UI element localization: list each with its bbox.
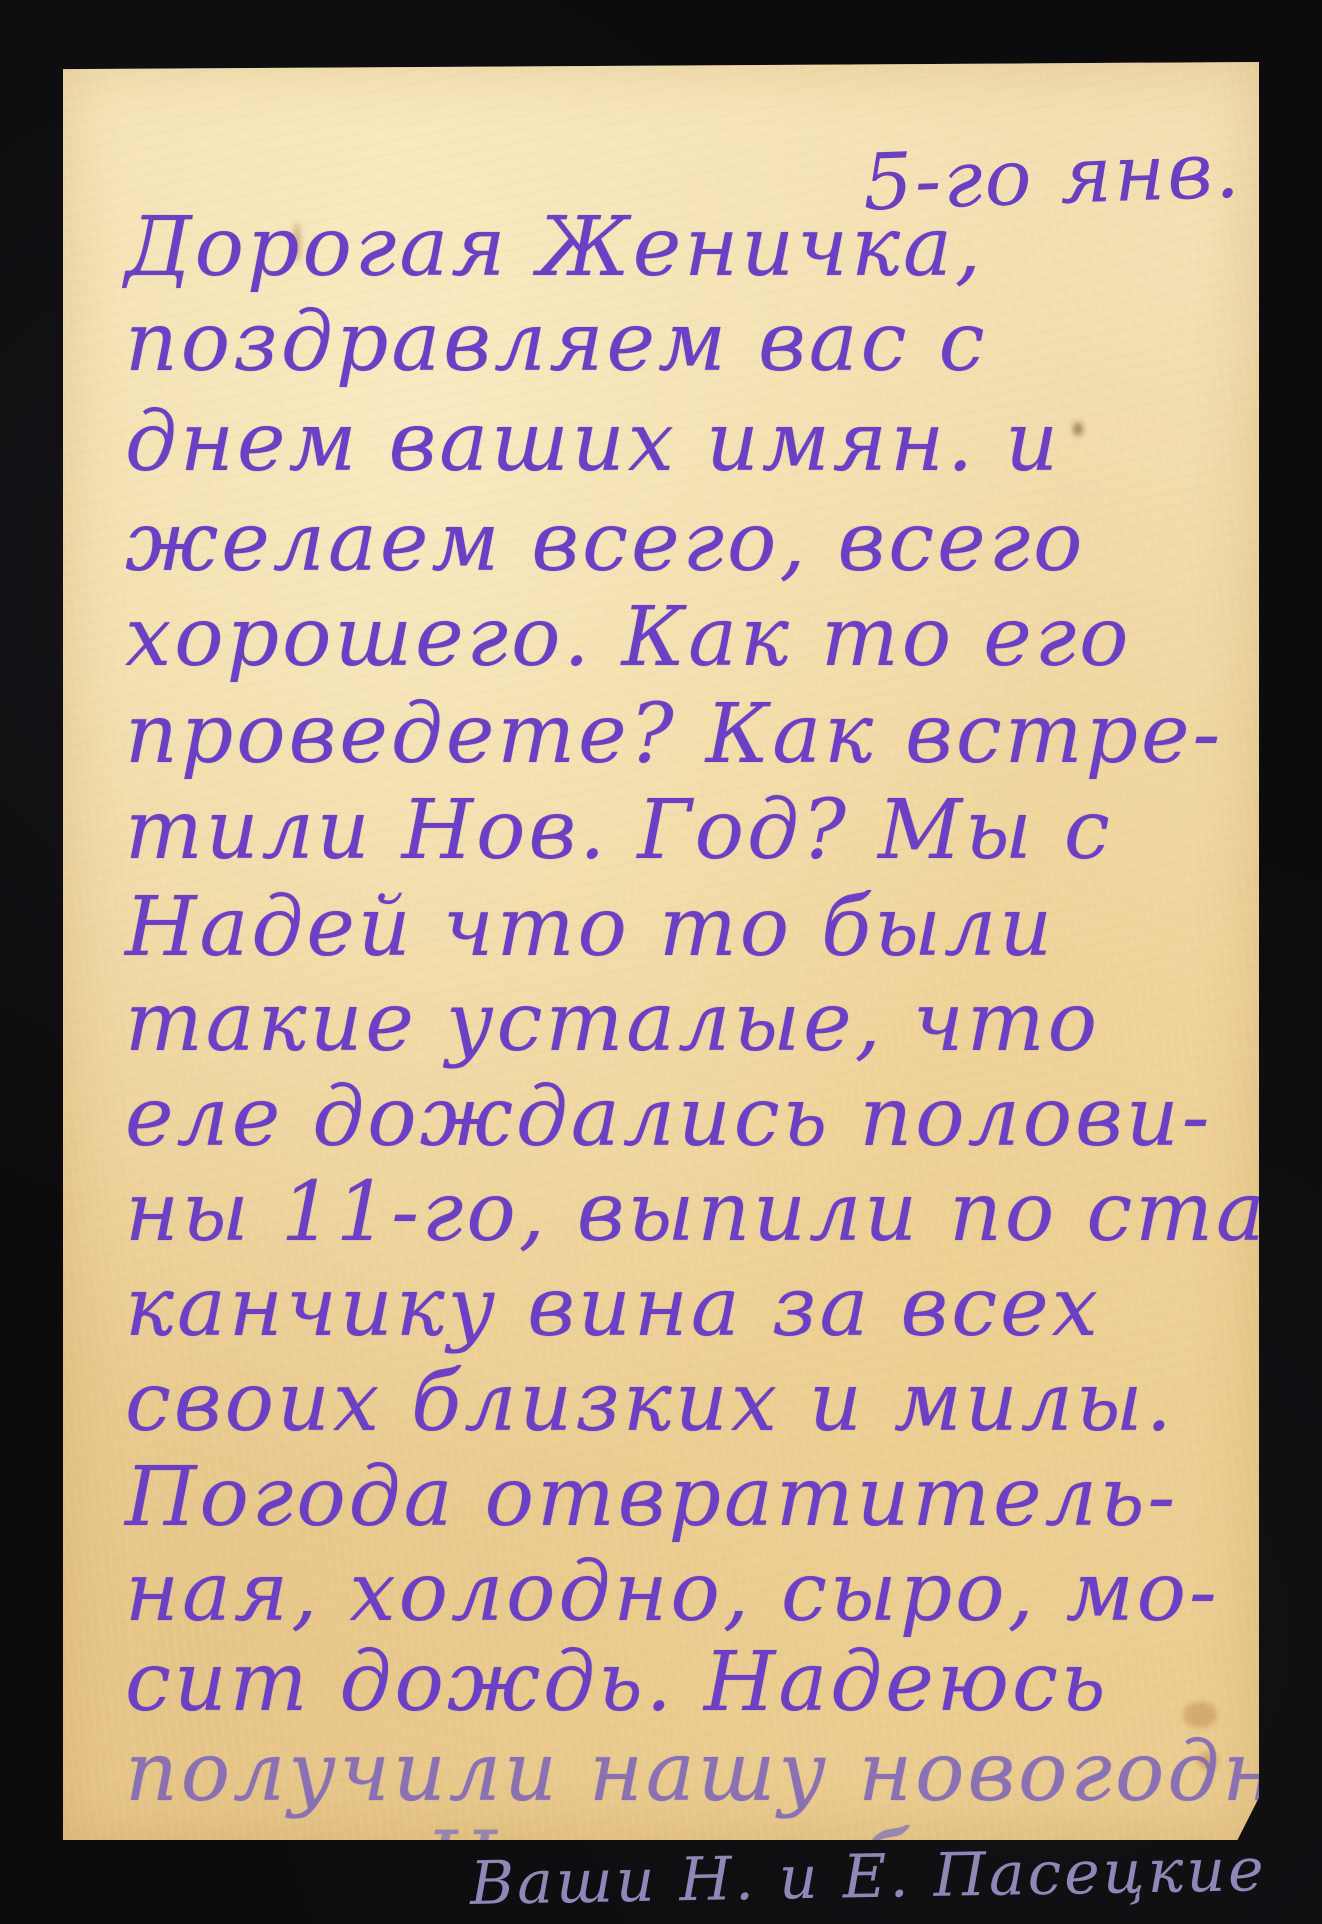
message-line: желаем всего, всего <box>125 502 1086 584</box>
message-line: ны 11-го, выпили по ста- <box>125 1172 1299 1254</box>
signature: Ваши Н. и Е. Пасецкие <box>469 1835 1267 1919</box>
message-line: Дорогая Женичка, <box>125 207 984 289</box>
message-line: Погода отвратитель- <box>125 1457 1178 1539</box>
message-line: сит дождь. Надеюсь <box>125 1642 1109 1724</box>
message-line: своих близких и милы. <box>125 1362 1175 1444</box>
message-line: днем ваших имян. и <box>125 402 1061 484</box>
message-line: хорошего. Как то его <box>125 597 1132 679</box>
message-line: канчику вина за всех <box>125 1267 1101 1349</box>
message-line: тили Нов. Год? Мы с <box>125 790 1113 872</box>
handwritten-message: 5-го янв. Дорогая Женичка, поздравляем в… <box>63 62 1259 1840</box>
message-line: такие усталые, что <box>125 982 1100 1064</box>
postcard: 5-го янв. Дорогая Женичка, поздравляем в… <box>63 62 1259 1840</box>
message-line: ная, холодно, сыро, мо- <box>125 1552 1220 1634</box>
message-line: Надей что то были <box>125 887 1055 969</box>
message-line: проведете? Как встре- <box>125 694 1223 776</box>
message-line: поздравляем вас с <box>125 302 988 384</box>
message-line: получили нашу новогодн. <box>125 1732 1308 1814</box>
message-line: еле дождались полови- <box>125 1077 1212 1159</box>
